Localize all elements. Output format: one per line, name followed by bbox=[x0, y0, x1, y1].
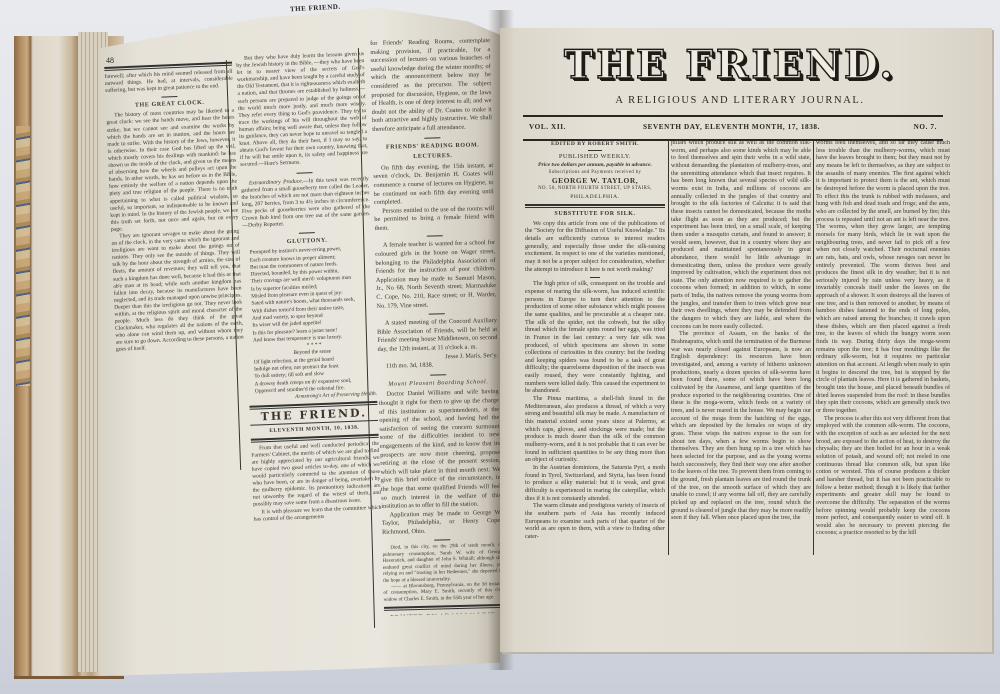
editorial-masthead: THE FRIEND. bbox=[250, 409, 378, 421]
left-column-2: But they who have duly learnt the lesson… bbox=[236, 51, 387, 645]
article-paragraph: The Pinna maritima, a shell-fish found i… bbox=[525, 396, 665, 465]
poem: Prompted by instinct's never-erring powe… bbox=[243, 245, 377, 403]
article-paragraph: worms feed themselves, and so far they c… bbox=[816, 140, 950, 416]
right-column-3: worms feed themselves, and so far they c… bbox=[816, 140, 950, 555]
notice-text: A female teacher is wanted for a school … bbox=[375, 239, 497, 311]
newspaper-subtitle: A RELIGIOUS AND LITERARY JOURNAL. bbox=[560, 95, 920, 106]
article-paragraph: The process is after this not very diffe… bbox=[816, 416, 950, 539]
divider bbox=[590, 277, 600, 278]
editor-line: EDITED BY ROBERT SMITH. bbox=[525, 140, 665, 148]
editorial-paragraph: From that useful and well conducted peri… bbox=[251, 440, 381, 509]
column-rule bbox=[668, 140, 669, 555]
article-paragraph: The province of Assam, on the banks of t… bbox=[671, 331, 811, 522]
article-title: SUBSTITUTE FOR SILK. bbox=[525, 211, 665, 219]
lead-in-text: for Friends' Reading Rooms, contemplate … bbox=[370, 37, 492, 134]
article-paragraph: They are ignorant savages to make about … bbox=[111, 228, 244, 354]
volume-number: VOL. XII. bbox=[529, 123, 566, 131]
issue-date: SEVENTH DAY, ELEVENTH MONTH, 17, 1838. bbox=[643, 123, 820, 131]
article-paragraph: pillars which produce silk as well as th… bbox=[671, 140, 811, 331]
obituary: Died, in this city, on the 29th of tenth… bbox=[382, 543, 503, 584]
divider bbox=[424, 137, 440, 138]
divider bbox=[434, 540, 450, 541]
notice-text: Doctor Daniel Williams and wife having t… bbox=[379, 388, 502, 511]
notice-subheading: LECTURES. bbox=[373, 151, 493, 163]
divider bbox=[429, 313, 445, 314]
marbled-spine bbox=[16, 126, 30, 386]
issue-number: NO. 7. bbox=[914, 123, 937, 131]
notice-date: 11th mo. 3d, 1838. bbox=[378, 360, 498, 372]
right-column-2: pillars which produce silk as well as th… bbox=[671, 140, 811, 555]
notice-heading: FRIENDS' READING ROOM. bbox=[373, 141, 493, 153]
lead-in-text: farewell; after which his mind seemed re… bbox=[104, 69, 233, 96]
price-line: Price two dollars per annum, payable in … bbox=[525, 161, 665, 169]
agent-address: NO. 50, NORTH FOURTH STREET, UP STAIRS, bbox=[525, 185, 665, 193]
rule bbox=[525, 204, 665, 208]
notice-text: Application may be made to George W. Tay… bbox=[382, 509, 503, 538]
article-paragraph: The history of most countries may be lik… bbox=[106, 108, 239, 234]
divider bbox=[297, 172, 313, 174]
notice-heading: Mount Pleasant Boarding School. bbox=[378, 378, 498, 390]
column-rule bbox=[813, 140, 814, 555]
notice-text: A stated meeting of the Concord Auxiliar… bbox=[377, 317, 498, 354]
article-paragraph: But they who have duly learnt the lesson… bbox=[236, 51, 368, 169]
divider bbox=[588, 150, 602, 151]
city-line: PHILADELPHIA. bbox=[525, 193, 665, 201]
dateline-bar: VOL. XII. SEVENTH DAY, ELEVENTH MONTH, 1… bbox=[523, 115, 943, 141]
article-paragraph: The warm climate and prodigious variety … bbox=[525, 503, 665, 541]
divider bbox=[427, 236, 443, 237]
article-paragraph: We copy this article from one of the pub… bbox=[525, 221, 665, 275]
left-column-3: for Friends' Reading Rooms, contemplate … bbox=[370, 37, 504, 616]
article-paragraph: The high price of silk, consequent on th… bbox=[525, 281, 665, 396]
divider bbox=[161, 96, 177, 98]
article-paragraph: In the Austrian dominions, the Saturnia … bbox=[525, 465, 665, 503]
right-column-1: EDITED BY ROBERT SMITH. PUBLISHED WEEKLY… bbox=[525, 140, 665, 555]
notice-text: Persons entitled to the use of the rooms… bbox=[374, 205, 495, 234]
divider bbox=[430, 374, 446, 375]
obituary: —— at Bloomsburg, Pennsylvania, on the 3… bbox=[383, 582, 503, 604]
frequency-line: PUBLISHED WEEKLY. bbox=[525, 153, 665, 161]
agent-name: GEORGE W. TAYLOR, bbox=[525, 177, 665, 185]
notice-text: On fifth day evening, the 15th instant, … bbox=[373, 162, 494, 208]
rule bbox=[384, 604, 504, 611]
imprint-box: EDITED BY ROBERT SMITH. PUBLISHED WEEKLY… bbox=[525, 140, 665, 201]
divider bbox=[299, 232, 315, 234]
newspaper-masthead: THE FRIEND. bbox=[545, 42, 915, 88]
